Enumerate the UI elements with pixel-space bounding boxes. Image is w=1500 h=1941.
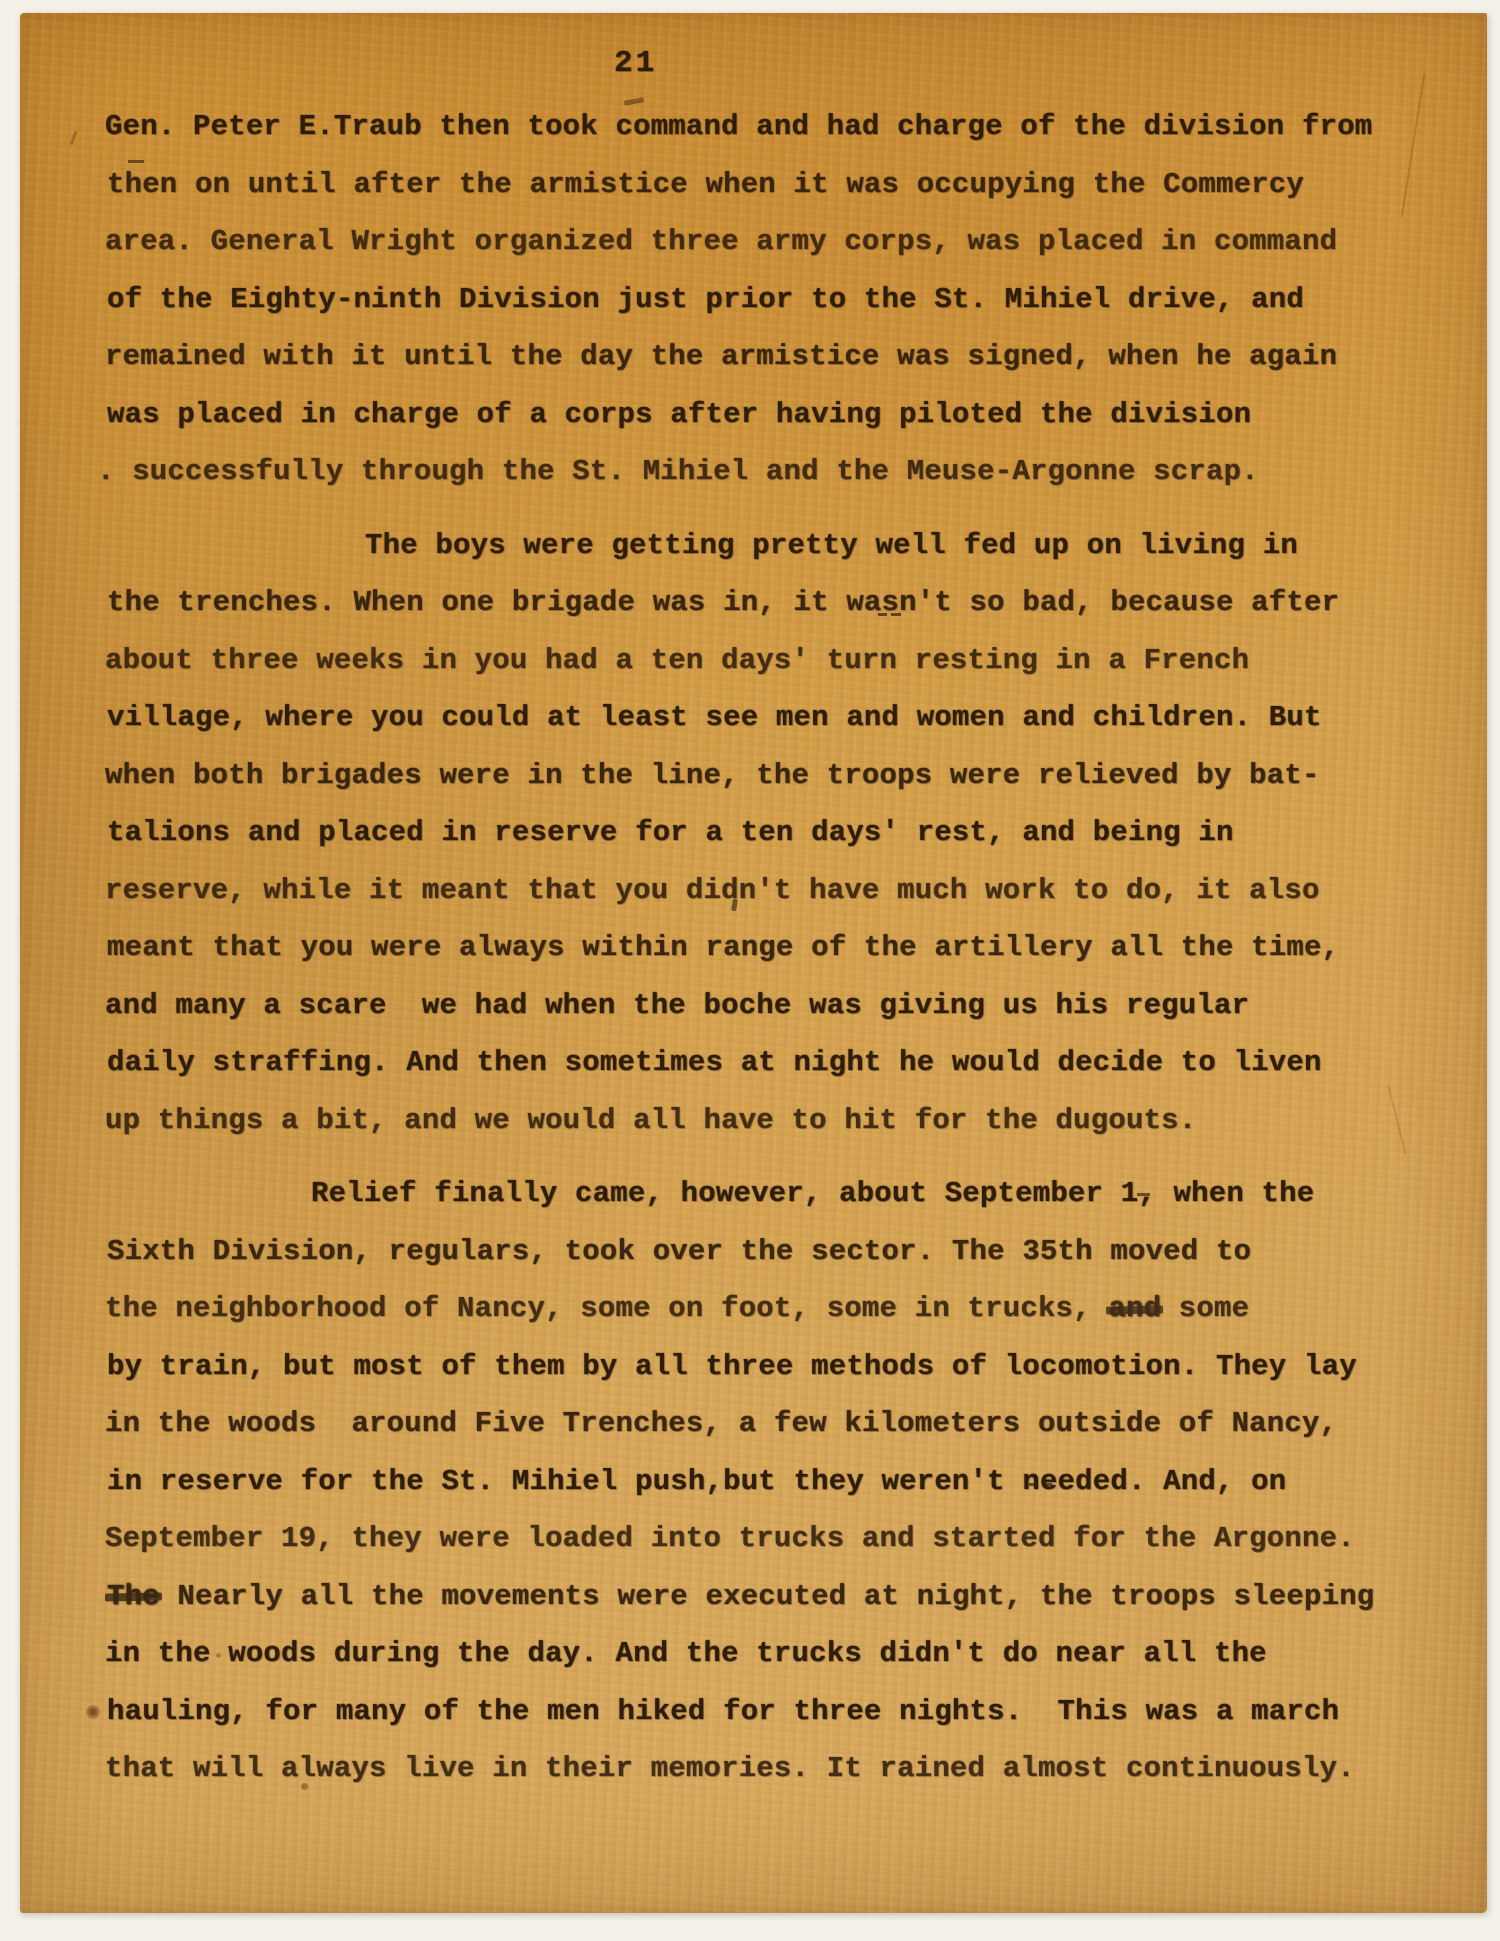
text-segment: daily straffing. And then sometimes at n… [107,1046,1322,1079]
typed-line: when both brigades were in the line, the… [105,747,1445,805]
text-segment: some [1161,1292,1249,1325]
text-segment: about three weeks in you had a ten days'… [105,644,1249,677]
paper-fiber-mark [70,131,78,145]
typed-line: Relief finally came, however, about Sept… [105,1165,1445,1223]
typed-line: . successfully through the St. Mihiel an… [97,443,1445,501]
typed-line: The Nearly all the movements were execut… [107,1568,1447,1626]
text-segment: Nearly all the movements were executed a… [160,1580,1375,1613]
text-segment: September 19, they were loaded into truc… [105,1522,1355,1555]
text-segment: hauling, for many of the men hiked for t… [107,1695,1339,1728]
text-segment: in the woods around Five Trenches, a few… [105,1407,1337,1440]
scan-background: 21 Gen. Peter E.Traub then took command … [0,0,1500,1941]
typed-line: was placed in charge of a corps after ha… [107,386,1447,444]
typed-line: talions and placed in reserve for a ten … [107,804,1447,862]
paragraph: The boys were getting pretty well fed up… [105,517,1445,1150]
typed-line: Sixth Division, regulars, took over the … [107,1223,1447,1281]
typed-line: village, where you could at least see me… [107,689,1447,747]
typed-line: the neighborhood of Nancy, some on foot,… [105,1280,1445,1338]
paragraph: Gen. Peter E.Traub then took command and… [105,98,1445,501]
text-segment: by train, but most of them by all three … [107,1350,1357,1383]
overstruck-word: The [107,1580,160,1613]
overtype-double-dash [878,613,901,616]
page-number: 21 [614,46,657,81]
overtype-dash [1137,1193,1150,1196]
typed-line: then on until after the armistice when i… [107,156,1447,214]
overstruck-word: and [1108,1292,1161,1325]
text-segment: in reserve for the St. Mihiel push,but t… [107,1465,1286,1498]
text-segment: remained with it until the day the armis… [105,340,1337,373]
paragraph: Relief finally came, however, about Sept… [105,1165,1445,1798]
typed-line: remained with it until the day the armis… [105,328,1445,386]
text-segment: the neighborhood of Nancy, some on foot,… [105,1292,1108,1325]
typed-line: and many a scare we had when the boche w… [105,977,1445,1035]
text-segment: in the woods during the day. And the tru… [105,1637,1267,1670]
text-segment: up things a bit, and we would all have t… [105,1104,1196,1137]
text-segment: reserve, while it meant that you didn't … [105,874,1320,907]
typed-line: in reserve for the St. Mihiel push,but t… [107,1453,1447,1511]
text-segment: talions and placed in reserve for a ten … [107,816,1234,849]
text-segment: that will always live in their memories.… [105,1752,1355,1785]
paper-speck [216,1653,221,1658]
text-segment: Relief finally came, however, about Sept… [311,1177,1314,1210]
text-segment: Gen. Peter E.Traub then took command and… [105,110,1372,143]
overtype-double-dash [1029,1483,1052,1486]
typed-line: the trenches. When one brigade was in, i… [107,574,1447,632]
overtype-dash [128,160,144,163]
typed-line: by train, but most of them by all three … [107,1338,1447,1396]
typed-line: hauling, for many of the men hiked for t… [107,1683,1447,1741]
text-segment: was placed in charge of a corps after ha… [107,398,1251,431]
text-segment: of the Eighty-ninth Division just prior … [107,283,1304,316]
text-segment: village, where you could at least see me… [107,701,1322,734]
text-segment: The boys were getting pretty well fed up… [365,529,1298,562]
text-segment: and many a scare we had when the boche w… [105,989,1249,1022]
typed-line: of the Eighty-ninth Division just prior … [107,271,1447,329]
text-segment: then on until after the armistice when i… [107,168,1304,201]
typed-text-block: Gen. Peter E.Traub then took command and… [105,98,1445,1798]
typed-line: up things a bit, and we would all have t… [105,1092,1445,1150]
text-segment: area. General Wright organized three arm… [105,225,1337,258]
typed-line: meant that you were always within range … [107,919,1447,977]
typed-line: September 19, they were loaded into truc… [105,1510,1445,1568]
text-segment: the trenches. When one brigade was in, i… [107,586,1339,619]
typed-line: in the woods during the day. And the tru… [105,1625,1445,1683]
typed-line: Gen. Peter E.Traub then took command and… [105,98,1445,156]
text-segment: . successfully through the St. Mihiel an… [97,455,1259,488]
text-segment: meant that you were always within range … [107,931,1339,964]
typed-line: daily straffing. And then sometimes at n… [107,1034,1447,1092]
typed-line: in the woods around Five Trenches, a few… [105,1395,1445,1453]
paper-sheet: 21 Gen. Peter E.Traub then took command … [20,13,1487,1913]
paper-speck [301,1783,308,1790]
ink-stain [86,1705,100,1719]
typed-line: area. General Wright organized three arm… [105,213,1445,271]
typed-line: reserve, while it meant that you didn't … [105,862,1445,920]
text-segment: Sixth Division, regulars, took over the … [107,1235,1251,1268]
typed-line: about three weeks in you had a ten days'… [105,632,1445,690]
text-segment: when both brigades were in the line, the… [105,759,1320,792]
typed-line: The boys were getting pretty well fed up… [105,517,1445,575]
